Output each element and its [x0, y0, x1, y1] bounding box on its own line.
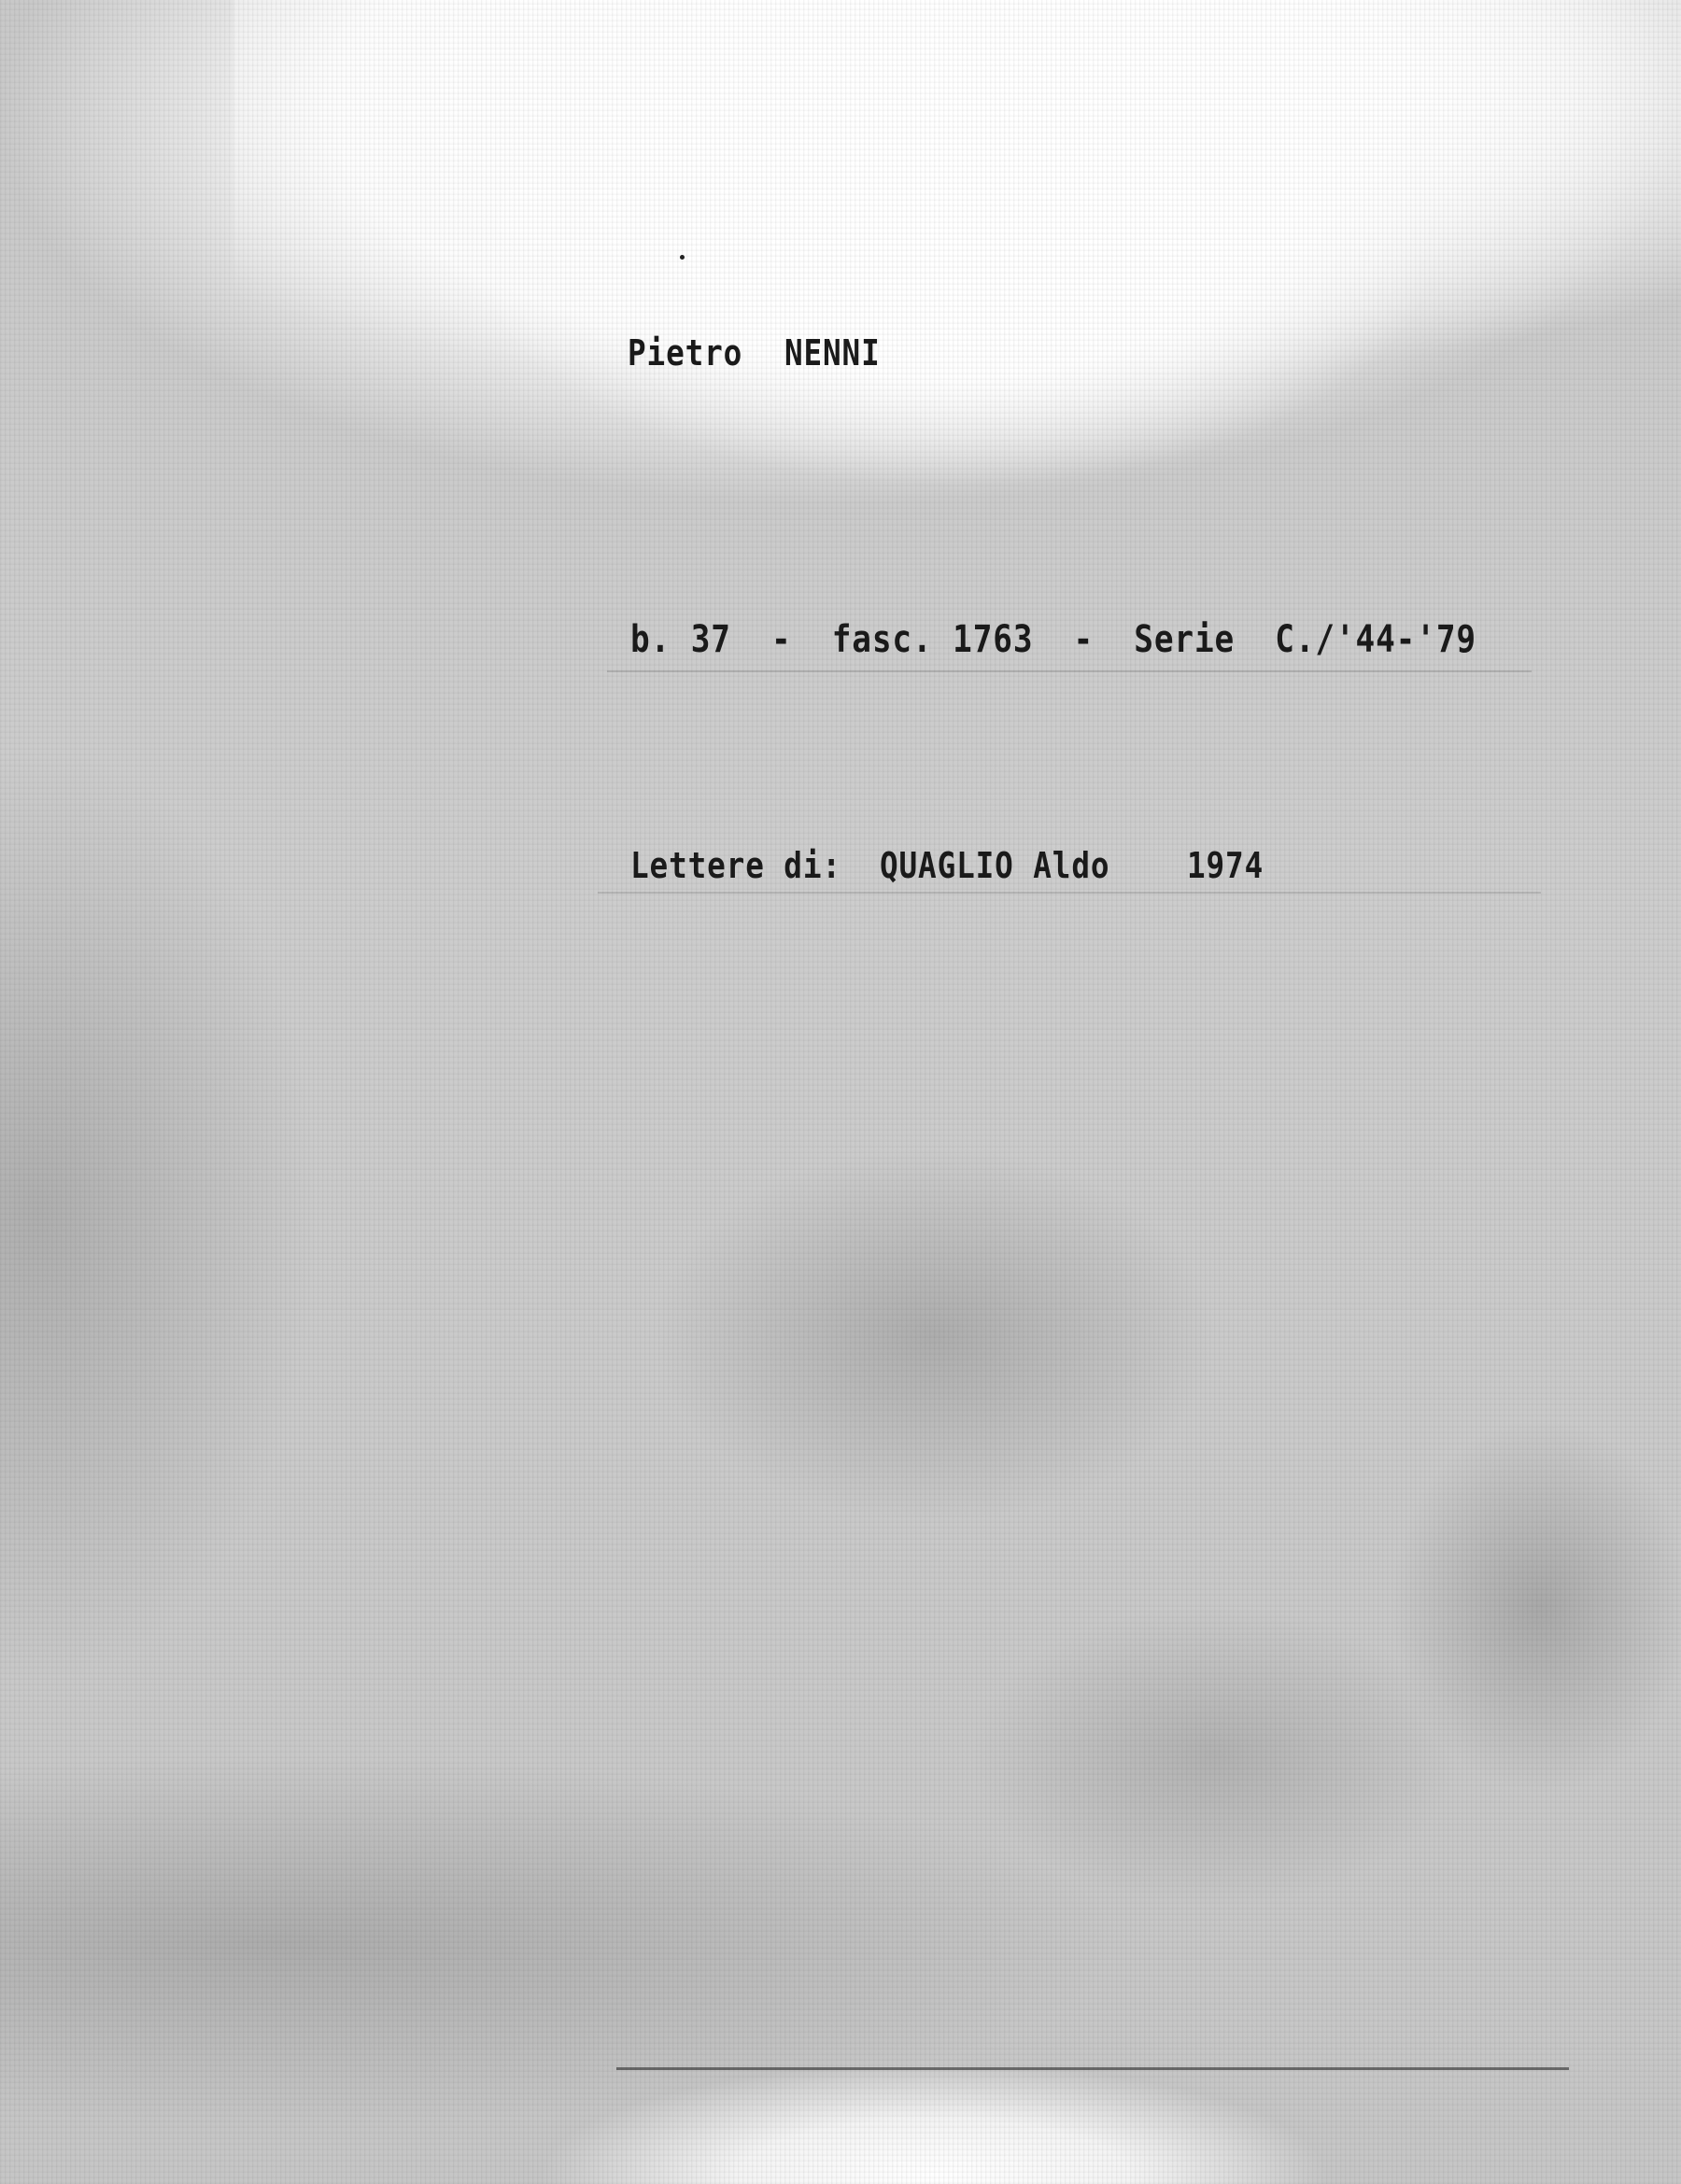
divider-line [607, 670, 1532, 672]
contents-line: Lettere di: QUAGLIO Aldo1974 [630, 845, 1264, 886]
contents-label: Lettere di: [630, 845, 841, 886]
first-name: Pietro [628, 332, 742, 373]
last-name: NENNI [784, 332, 881, 373]
ink-speck [680, 255, 685, 260]
person-name: PietroNENNI [628, 332, 881, 373]
divider-line [598, 892, 1541, 894]
correspondent-name: QUAGLIO Aldo [880, 845, 1109, 886]
archive-reference: b. 37 - fasc. 1763 - Serie C./'44-'79 [630, 618, 1476, 661]
photocopy-grain [0, 0, 1681, 2184]
bottom-rule-line [616, 2067, 1569, 2070]
contents-year: 1974 [1187, 845, 1264, 886]
